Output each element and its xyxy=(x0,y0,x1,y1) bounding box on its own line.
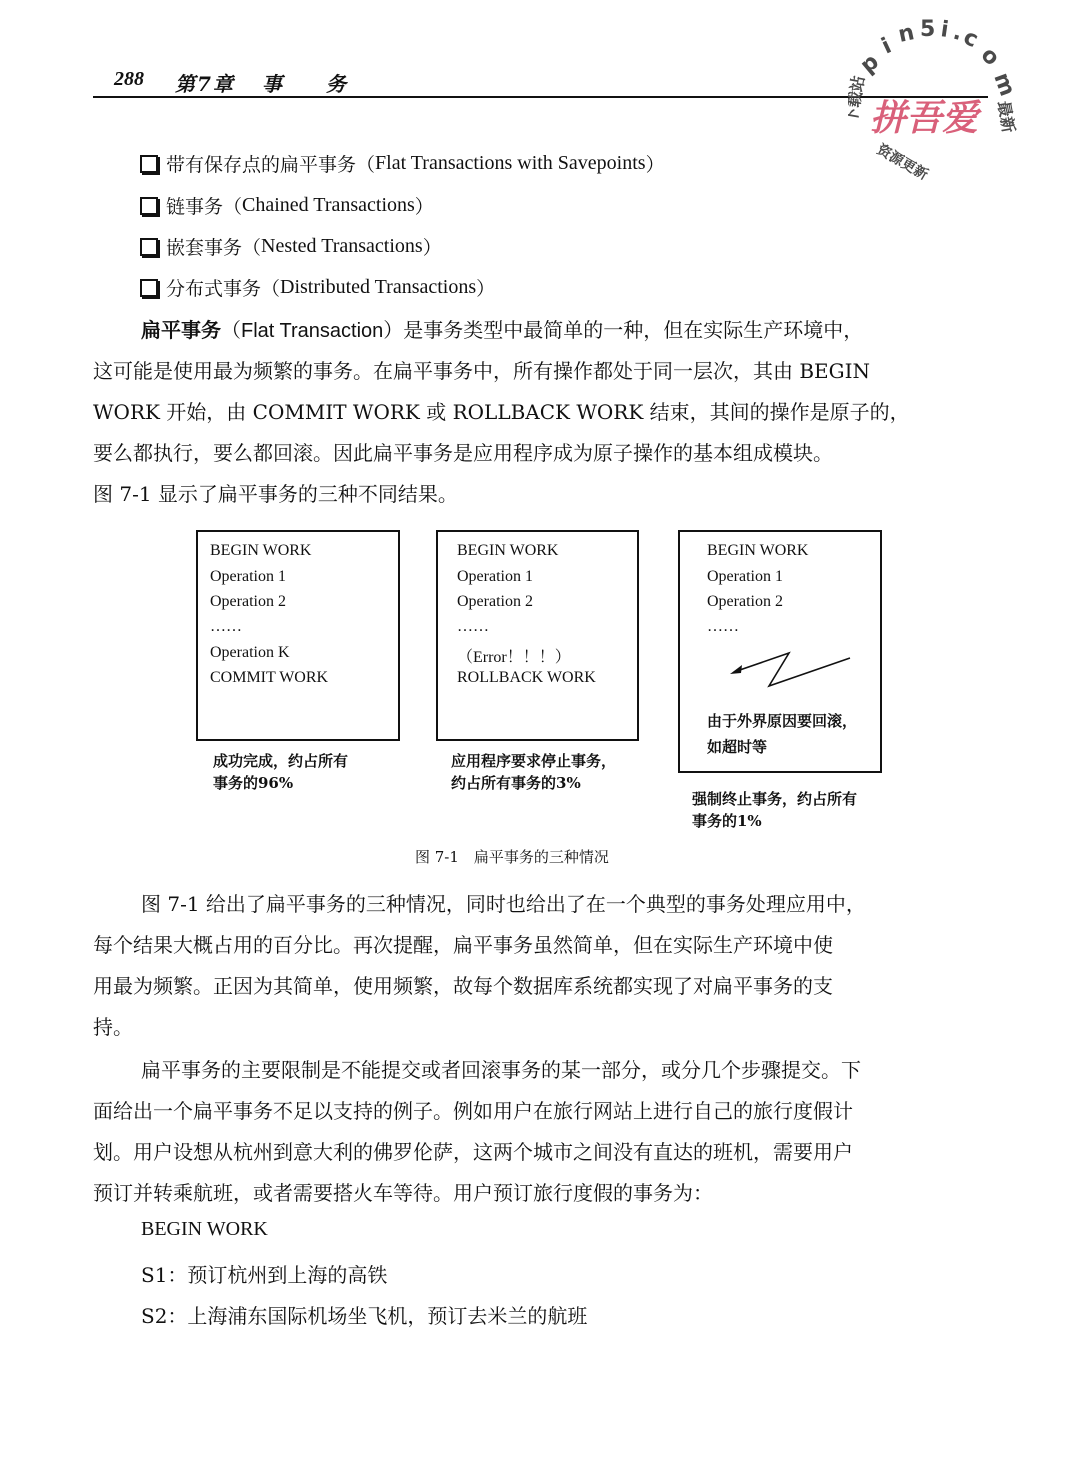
box-line: （Error！！！） xyxy=(457,644,571,667)
checkbox-bullet-icon xyxy=(140,155,158,173)
paragraph-2-line-1: 图 7-1 给出了扁平事务的三种情况，同时也给出了在一个典型的事务处理应用中， xyxy=(141,888,866,917)
figure-box-commit: BEGIN WORK Operation 1 Operation 2 …… Op… xyxy=(196,530,400,741)
caption-line: 约占所有事务的3% xyxy=(451,772,616,794)
bullet-zh: 带有保存点的扁平事务（ xyxy=(166,150,375,177)
box-line: Operation 1 xyxy=(457,568,533,586)
svg-text:i: i xyxy=(878,34,895,60)
paragraph-3-line-1: 扁平事务的主要限制是不能提交或者回滚事务的某一部分，或分几个步骤提交。下 xyxy=(141,1054,861,1083)
svg-text:拼吾爱: 拼吾爱 xyxy=(870,97,982,139)
chapter-label: 第7章 xyxy=(175,68,235,97)
paragraph-1-line-3: WORK 开始，由 COMMIT WORK 或 ROLLBACK WORK 结束… xyxy=(93,396,910,425)
box-line: Operation 1 xyxy=(210,568,286,586)
paragraph-1-line-5: 图 7-1 显示了扁平事务的三种不同结果。 xyxy=(93,478,458,507)
svg-text:下载站: 下载站 xyxy=(848,74,868,125)
bullet-paren: ） xyxy=(415,192,434,219)
caption-line: 事务的96% xyxy=(213,772,348,794)
checkbox-bullet-icon xyxy=(140,279,158,297)
bullet-en: Nested Transactions xyxy=(261,235,423,258)
svg-text:5: 5 xyxy=(920,17,935,42)
bullet-en: Distributed Transactions xyxy=(280,276,476,299)
caption-line: 事务的1% xyxy=(692,810,857,832)
box-line: Operation 2 xyxy=(210,593,286,611)
svg-text:m: m xyxy=(988,70,1018,100)
box-line: BEGIN WORK xyxy=(210,542,311,560)
list-item: 分布式事务（Distributed Transactions） xyxy=(140,274,495,301)
code-line-s2: S2：上海浦东国际机场坐飞机，预订去米兰的航班 xyxy=(141,1300,587,1329)
chapter-title-part2: 务 xyxy=(326,68,346,97)
svg-text:资源更新: 资源更新 xyxy=(874,141,931,184)
figure-box-caption: 应用程序要求停止事务， 约占所有事务的3% xyxy=(451,750,616,794)
box-line: ROLLBACK WORK xyxy=(457,669,596,687)
figure-box-caption: 强制终止事务，约占所有 事务的1% xyxy=(692,788,857,832)
caption-line: 成功完成，约占所有 xyxy=(213,750,348,772)
svg-text:p: p xyxy=(856,49,884,78)
bullet-en: Flat Transactions with Savepoints xyxy=(375,152,646,175)
box-note: 由于外界原因要回滚， xyxy=(707,710,857,731)
bullet-paren: ） xyxy=(423,233,442,260)
svg-text:n: n xyxy=(896,20,917,48)
paragraph-3-line-4: 预订并转乘航班，或者需要搭火车等待。用户预订旅行度假的事务为： xyxy=(93,1177,713,1206)
bullet-paren: ） xyxy=(646,150,665,177)
code-line-begin-work: BEGIN WORK xyxy=(141,1218,268,1241)
caption-line: 强制终止事务，约占所有 xyxy=(692,788,857,810)
box-line: Operation 2 xyxy=(457,593,533,611)
chapter-title-part1: 事 xyxy=(262,68,282,97)
paragraph-1-line-4: 要么都执行，要么都回滚。因此扁平事务是应用程序成为原子操作的基本组成模块。 xyxy=(93,437,833,466)
page-number: 288 xyxy=(114,68,144,91)
figure-box-caption: 成功完成，约占所有 事务的96% xyxy=(213,750,348,794)
box-line: Operation K xyxy=(210,644,290,662)
box-line: …… xyxy=(210,618,242,636)
figure-box-rollback: BEGIN WORK Operation 1 Operation 2 …… （E… xyxy=(436,530,639,741)
bullet-zh: 链事务（ xyxy=(166,192,242,219)
paragraph-2-line-3: 用最为频繁。正因为其简单，使用频繁，故每个数据库系统都实现了对扁平事务的支 xyxy=(93,970,833,999)
bullet-zh: 嵌套事务（ xyxy=(166,233,261,260)
paragraph-1-line-2: 这可能是使用最为频繁的事务。在扁平事务中，所有操作都处于同一层次，其由 BEGI… xyxy=(93,355,870,384)
svg-text:最新: 最新 xyxy=(994,99,1018,134)
bullet-en: Chained Transactions xyxy=(242,194,415,217)
term-en: （Flat Transaction） xyxy=(221,320,403,342)
box-line: BEGIN WORK xyxy=(457,542,558,560)
list-item: 嵌套事务（Nested Transactions） xyxy=(140,233,442,260)
svg-text:o: o xyxy=(976,43,1004,71)
list-item: 链事务（Chained Transactions） xyxy=(140,192,434,219)
box-line: COMMIT WORK xyxy=(210,669,328,687)
code-line-s1: S1：预订杭州到上海的高铁 xyxy=(141,1259,387,1288)
list-item: 带有保存点的扁平事务（Flat Transactions with Savepo… xyxy=(140,150,665,177)
figure-box-forced-abort: BEGIN WORK Operation 1 Operation 2 …… 由于… xyxy=(678,530,882,773)
checkbox-bullet-icon xyxy=(140,197,158,215)
checkbox-bullet-icon xyxy=(140,238,158,256)
box-line: …… xyxy=(457,618,489,636)
term-zh: 扁平事务 xyxy=(141,318,221,342)
figure-caption: 图 7-1 扁平事务的三种情况 xyxy=(415,846,609,867)
paragraph-2-line-4: 持。 xyxy=(93,1011,133,1040)
bullet-zh: 分布式事务（ xyxy=(166,274,280,301)
watermark-stamp-icon: p i n 5 i . c o m 下载站 最新 资源更新 拼吾爱 xyxy=(848,12,1018,192)
term-flat-transaction: 扁平事务（Flat Transaction） xyxy=(141,318,403,342)
line-text: 是事务类型中最简单的一种，但在实际生产环境中， xyxy=(403,318,863,342)
caption-line: 应用程序要求停止事务， xyxy=(451,750,616,772)
svg-text:i: i xyxy=(939,17,950,43)
paragraph-3-line-2: 面给出一个扁平事务不足以支持的例子。例如用户在旅行网站上进行自己的旅行度假计 xyxy=(93,1095,853,1124)
paragraph-1-line-1: 扁平事务（Flat Transaction）是事务类型中最简单的一种，但在实际生… xyxy=(141,314,863,343)
paragraph-3-line-3: 划。用户设想从杭州到意大利的佛罗伦萨，这两个城市之间没有直达的班机，需要用户 xyxy=(93,1136,853,1165)
paragraph-2-line-2: 每个结果大概占用的百分比。再次提醒，扁平事务虽然简单，但在实际生产环境中使 xyxy=(93,929,833,958)
bullet-paren: ） xyxy=(476,274,495,301)
box-note: 如超时等 xyxy=(707,736,767,757)
